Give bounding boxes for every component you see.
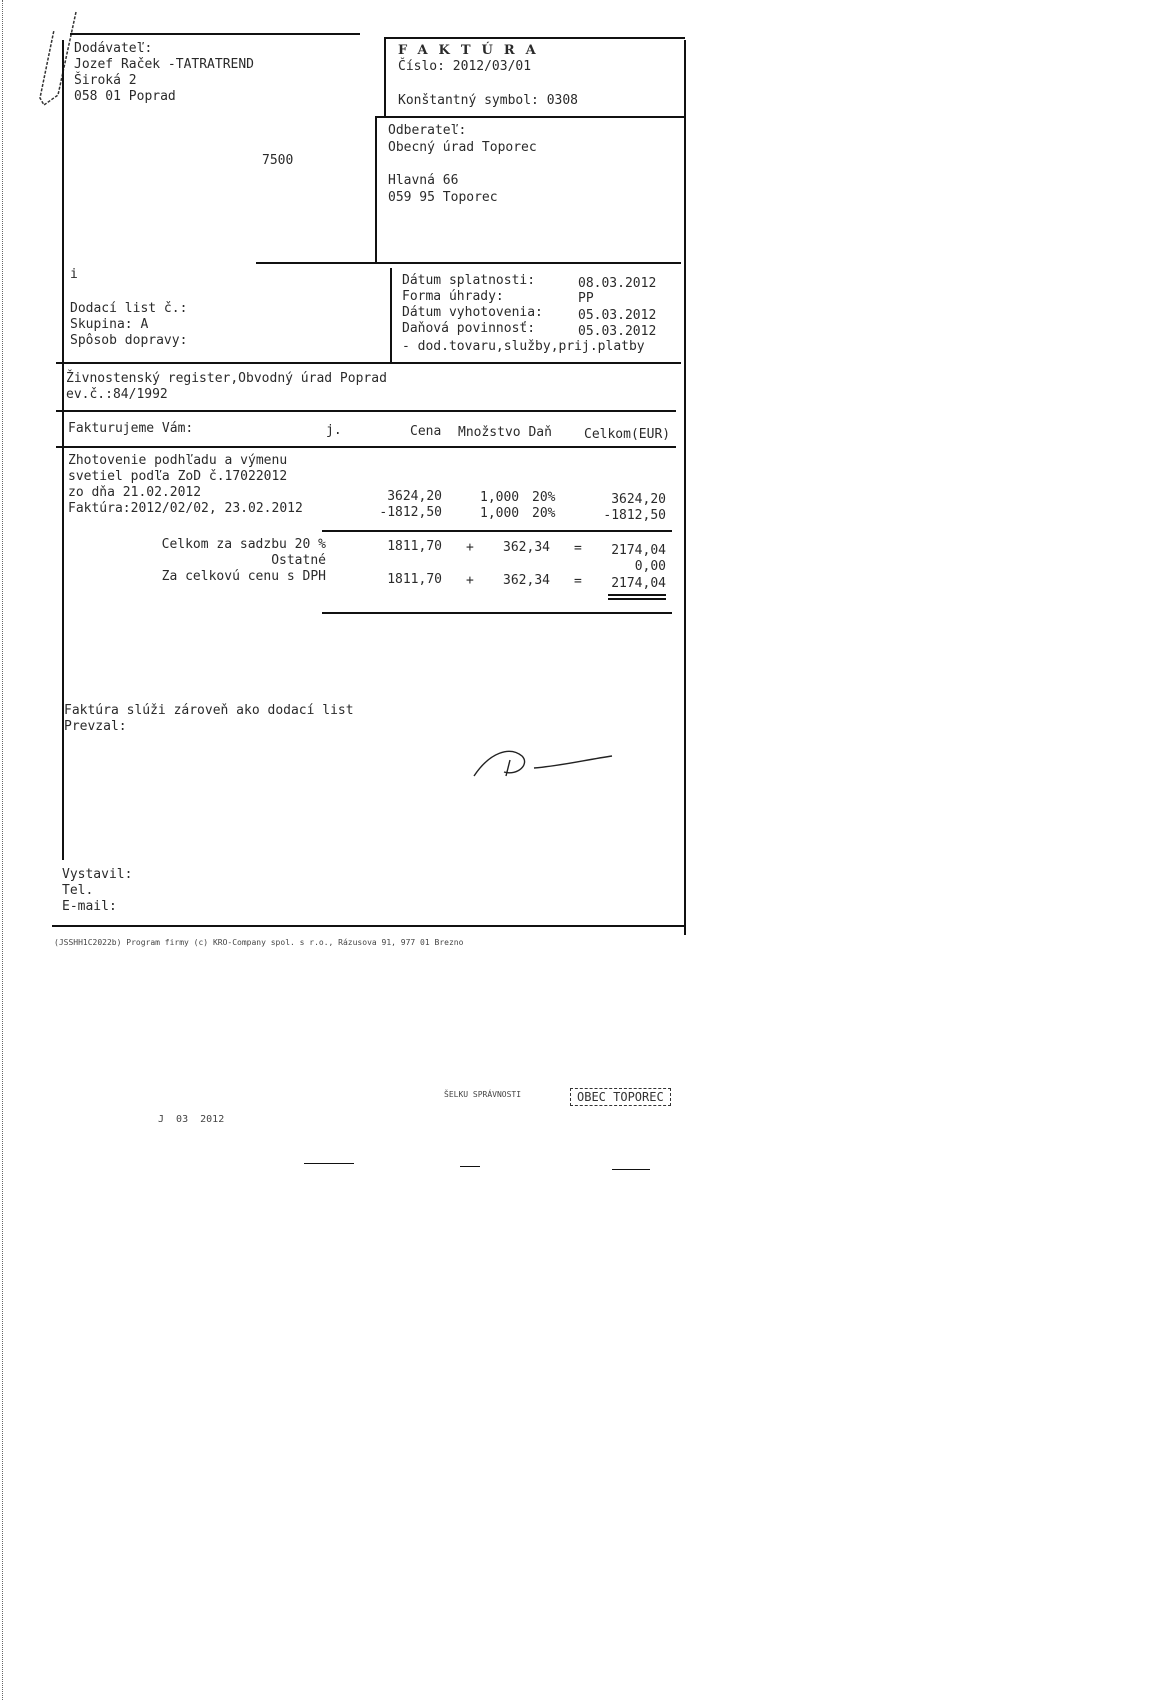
col-qty-tax: Množstvo Daň: [458, 424, 552, 441]
footer-note: Faktúra slúži zároveň ako dodací list: [64, 702, 354, 719]
delivery-marker: i: [70, 266, 78, 283]
stamp-line: [460, 1166, 480, 1167]
summary-base: 1811,70: [360, 538, 442, 555]
signature-icon: [470, 742, 620, 782]
frame-right: [684, 40, 686, 935]
row-qty: 1,000: [480, 489, 519, 506]
summary-label: Za celkovú cenu s DPH: [120, 568, 326, 585]
row-price: -1812,50: [360, 504, 442, 521]
date-label: Dátum vyhotovenia:: [402, 304, 543, 321]
supplier-code: 7500: [262, 152, 293, 169]
scan-edge-dots: [2, 0, 3, 1700]
software-credit: (JSSHH1C2022b) Program firmy (c) KRO-Com…: [54, 938, 463, 948]
invoice-title: FAKTÚRA: [398, 42, 547, 59]
customer-box-top: [376, 116, 684, 118]
date-value: 05.03.2012: [578, 307, 656, 324]
summary-label: Celkom za sadzbu 20 %: [120, 536, 326, 553]
col-unit: j.: [326, 422, 342, 439]
row-qty: 1,000: [480, 505, 519, 522]
desc-line: Zhotovenie podhľadu a výmenu: [68, 452, 287, 469]
row-total: 3624,20: [580, 491, 666, 508]
row-total: -1812,50: [580, 507, 666, 524]
stamp-date-fragment: J 03 2012: [158, 1115, 224, 1125]
delivery-group: Skupina: A: [70, 316, 148, 333]
stamp-dept: ŠELKU SPRÁVNOSTI: [444, 1090, 521, 1100]
row-tax: 20%: [532, 489, 555, 506]
summary-op: +: [466, 572, 474, 589]
summary-total: 0,00: [580, 558, 666, 575]
date-value: PP: [578, 290, 594, 307]
footer-tel: Tel.: [62, 882, 93, 899]
col-desc: Fakturujeme Vám:: [68, 420, 193, 437]
frame-top: [70, 33, 360, 35]
customer-label: Odberateľ:: [388, 122, 466, 139]
summary-label: Ostatné: [120, 552, 326, 569]
customer-street: Hlavná 66: [388, 172, 458, 189]
total-double-underline: [608, 594, 666, 596]
register-line2: ev.č.:84/1992: [66, 386, 168, 403]
supplier-name: Jozef Raček -TATRATREND: [74, 56, 254, 73]
constant-symbol: Konštantný symbol: 0308: [398, 92, 578, 109]
footer-issued: Vystavil:: [62, 866, 132, 883]
stamp-line: [304, 1163, 354, 1164]
desc-line: zo dňa 21.02.2012: [68, 484, 201, 501]
register-line1: Živnostenský register,Obvodný úrad Popra…: [66, 370, 387, 387]
date-label: Daňová povinnosť:: [402, 320, 535, 337]
supplier-city: 058 01 Poprad: [74, 88, 176, 105]
desc-line: svetiel podľa ZoD č.17022012: [68, 468, 287, 485]
table-header-top: [56, 410, 676, 412]
footer-email: E-mail:: [62, 898, 117, 915]
date-label: - dod.tovaru,služby,prij.platby: [402, 338, 645, 355]
delivery-divider: [256, 262, 681, 264]
customer-box-left: [375, 116, 377, 262]
invoice-number: Číslo: 2012/03/01: [398, 58, 531, 75]
footer-received: Prevzal:: [64, 718, 127, 735]
summary-vat: 362,34: [480, 539, 550, 556]
summary-total: 2174,04: [580, 575, 666, 592]
summary-total: 2174,04: [580, 542, 666, 559]
summary-vat: 362,34: [480, 572, 550, 589]
col-price: Cena: [410, 423, 441, 440]
delivery-transport: Spôsob dopravy:: [70, 332, 187, 349]
summary-base: 1811,70: [360, 571, 442, 588]
table-header-bottom: [56, 446, 676, 448]
supplier-label: Dodávateľ:: [74, 40, 152, 57]
invoice-box-left: [384, 37, 386, 117]
summary-top: [322, 530, 672, 532]
date-label: Dátum splatnosti:: [402, 272, 535, 289]
summary-op: +: [466, 539, 474, 556]
delivery-note: Dodací list č.:: [70, 300, 187, 317]
frame-top-right: [385, 37, 685, 39]
summary-bottom: [322, 612, 672, 614]
frame-bottom: [52, 925, 684, 927]
stamp-office: OBEC TOPOREC: [570, 1088, 671, 1106]
register-top: [56, 362, 681, 364]
dates-box-left: [390, 268, 392, 364]
customer-city: 059 95 Toporec: [388, 189, 498, 206]
supplier-street: Široká 2: [74, 72, 137, 89]
customer-name: Obecný úrad Toporec: [388, 139, 537, 156]
col-total: Celkom(EUR): [584, 426, 670, 443]
frame-left: [62, 40, 64, 860]
desc-line: Faktúra:2012/02/02, 23.02.2012: [68, 500, 303, 517]
row-price: 3624,20: [360, 488, 442, 505]
total-double-underline: [608, 598, 666, 600]
stamp-line: [612, 1169, 650, 1170]
date-label: Forma úhrady:: [402, 288, 504, 305]
row-tax: 20%: [532, 505, 555, 522]
